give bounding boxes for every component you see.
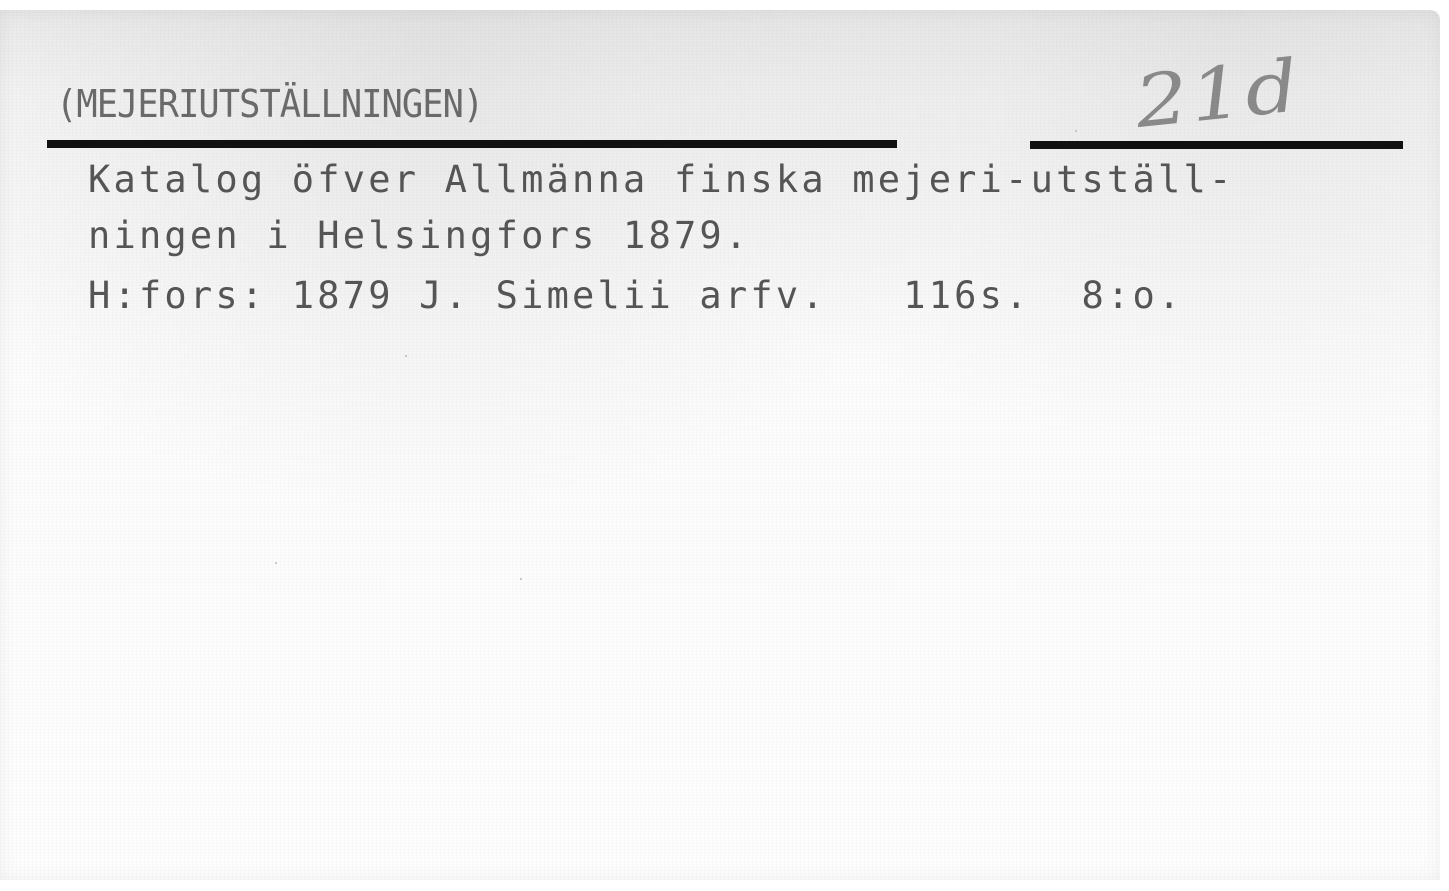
- catalog-card: (MEJERIUTSTÄLLNINGEN) 21d Katalog öfver …: [0, 10, 1440, 880]
- paper-speck: [1075, 130, 1077, 132]
- paper-speck: [405, 355, 407, 357]
- shelfmark-rule: [1030, 141, 1403, 149]
- entry-title-line-2: ningen i Helsingfors 1879.: [88, 214, 750, 257]
- heading-rule: [47, 140, 897, 148]
- paper-speck: [275, 562, 277, 564]
- entry-title-line-1: Katalog öfver Allmänna finska mejeri-uts…: [88, 158, 1234, 201]
- card-heading: (MEJERIUTSTÄLLNINGEN): [56, 82, 483, 126]
- entry-imprint-line: H:fors: 1879 J. Simelii arfv. 116s. 8:o.: [88, 274, 1183, 317]
- paper-speck: [520, 578, 522, 580]
- handwritten-shelfmark: 21d: [1131, 43, 1304, 144]
